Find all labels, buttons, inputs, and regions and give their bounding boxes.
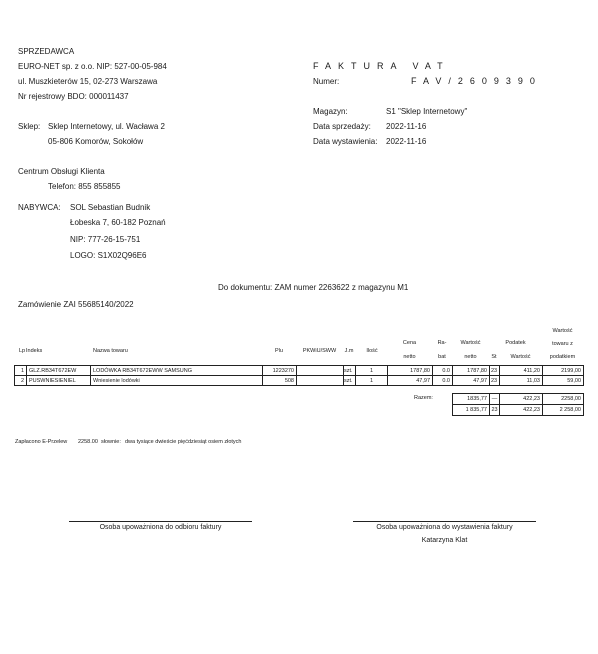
col-qty-header: Ilość (358, 345, 386, 357)
payment-words-label: słownie: (101, 439, 121, 446)
col-name-header: Nazwa towaru (93, 345, 128, 357)
col-gross-header-2: towaru z (542, 338, 583, 350)
cell-rate: 23 (490, 366, 500, 376)
total-gross: 2258,00 (543, 394, 584, 405)
totals-row: 1 835,77 23 422,23 2 258,00 (453, 405, 584, 416)
col-index-header: Indeks (26, 345, 42, 357)
cell-index: GLZ.RB34T672EW (27, 366, 91, 376)
invoice-number-label: Numer: (313, 77, 339, 87)
seller-address: ul. Muszkieterów 15, 02-273 Warszawa (18, 77, 157, 87)
order-reference: Zamówienie ZAI 55685140/2022 (18, 300, 134, 310)
total-tax: 422,23 (500, 405, 543, 416)
col-net-header-1: Wartość (452, 337, 489, 349)
payment-method: Zapłacono E-Przelew (15, 439, 67, 446)
seller-company: EURO-NET sp. z o.o. NIP: 527-00-05-984 (18, 62, 167, 72)
cell-net: 47,97 (453, 376, 490, 386)
cell-name: Wniesienie lodówki (91, 376, 263, 386)
cell-pkwiu (297, 376, 344, 386)
cell-plu: 508 (263, 376, 297, 386)
total-gross: 2 258,00 (543, 405, 584, 416)
document-reference: Do dokumentu: ZAM numer 2263622 z magazy… (218, 283, 408, 293)
total-rate: 23 (490, 405, 500, 416)
buyer-label: NABYWCA: (18, 203, 61, 213)
table-row: 2 PUSWNIESIENIEL Wniesienie lodówki 508 … (15, 376, 584, 386)
service-heading: Centrum Obsługi Klienta (18, 167, 105, 177)
warehouse-label: Magazyn: (313, 107, 348, 117)
col-rate-header: St (489, 351, 499, 363)
cell-qty: 1 (356, 376, 388, 386)
cell-discount: 0.0 (433, 376, 453, 386)
signature-line-left (69, 521, 252, 522)
cell-unit: szt. (344, 366, 356, 376)
warehouse-value: S1 "Sklep Internetowy" (386, 107, 467, 117)
col-net-header-2: netto (452, 351, 489, 363)
invoice-number: FAV/2609390 (411, 76, 542, 86)
payment-words: dwa tysiące dwieście pięćdziesiąt osiem … (125, 439, 241, 446)
col-tax-value-header: Wartość (499, 351, 542, 363)
seller-bdo: Nr rejestrowy BDO: 000011437 (18, 92, 129, 102)
total-label: Razem: (414, 395, 433, 402)
total-net: 1 835,77 (453, 405, 490, 416)
buyer-name: SOL Sebastian Budnik (70, 203, 150, 213)
cell-lp: 2 (15, 376, 27, 386)
col-price-header-1: Cena (387, 337, 432, 349)
cell-discount: 0.0 (433, 366, 453, 376)
totals-row: 1835,77 — 422,23 2258,00 (453, 394, 584, 405)
col-pkwiu-header: PKWiU/SWW (296, 345, 343, 357)
cell-gross: 2199,00 (543, 366, 584, 376)
cell-lp: 1 (15, 366, 27, 376)
cell-gross: 59,00 (543, 376, 584, 386)
totals-table: 1835,77 — 422,23 2258,00 1 835,77 23 422… (452, 393, 584, 416)
cell-price: 1787,80 (388, 366, 433, 376)
buyer-logo: LOGO: S1X02Q96E6 (70, 251, 147, 261)
signature-right-label: Osoba upoważniona do wystawienia faktury (353, 524, 536, 532)
col-discount-header-1: Ra- (432, 337, 452, 349)
col-price-header-2: netto (387, 351, 432, 363)
cell-rate: 23 (490, 376, 500, 386)
sale-date-label: Data sprzedaży: (313, 122, 371, 132)
total-tax: 422,23 (500, 394, 543, 405)
cell-tax: 11,03 (500, 376, 543, 386)
cell-name: LODÓWKA RB34T672EWW SAMSUNG (91, 366, 263, 376)
shop-label: Sklep: (18, 122, 40, 132)
cell-index: PUSWNIESIENIEL (27, 376, 91, 386)
invoice-title: FAKTURA VAT (313, 61, 450, 71)
col-gross-header-3: podatkiem (542, 351, 583, 363)
total-rate: — (490, 394, 500, 405)
shop-line1: Sklep Internetowy, ul. Wacława 2 (48, 122, 165, 132)
shop-line2: 05-806 Komorów, Sokołów (48, 137, 143, 147)
cell-unit: szt. (344, 376, 356, 386)
sale-date: 2022-11-16 (386, 122, 426, 132)
signature-right-name: Katarzyna Klat (353, 537, 536, 545)
cell-qty: 1 (356, 366, 388, 376)
col-discount-header-2: bat (432, 351, 452, 363)
cell-plu: 1223270 (263, 366, 297, 376)
cell-price: 47,97 (388, 376, 433, 386)
cell-pkwiu (297, 366, 344, 376)
service-phone: Telefon: 855 855855 (48, 182, 121, 192)
signature-line-right (353, 521, 536, 522)
seller-heading: SPRZEDAWCA (18, 47, 74, 57)
table-row: 1 GLZ.RB34T672EW LODÓWKA RB34T672EWW SAM… (15, 366, 584, 376)
col-gross-header-1: Wartość (542, 325, 583, 337)
payment-amount: 2258.00 (78, 439, 98, 446)
issue-date: 2022-11-16 (386, 137, 426, 147)
buyer-nip: NIP: 777-26-15-751 (70, 235, 140, 245)
total-net: 1835,77 (453, 394, 490, 405)
col-plu-header: Plu (262, 345, 296, 357)
issue-date-label: Data wystawienia: (313, 137, 377, 147)
signature-left-label: Osoba upoważniona do odbioru faktury (69, 524, 252, 532)
cell-tax: 411,20 (500, 366, 543, 376)
col-unit-header: J.m (340, 345, 358, 357)
buyer-address: Łobeska 7, 60-182 Poznań (70, 218, 166, 228)
cell-net: 1787,80 (453, 366, 490, 376)
col-tax-group-header: Podatek (489, 337, 542, 349)
items-table: 1 GLZ.RB34T672EW LODÓWKA RB34T672EWW SAM… (14, 365, 584, 386)
